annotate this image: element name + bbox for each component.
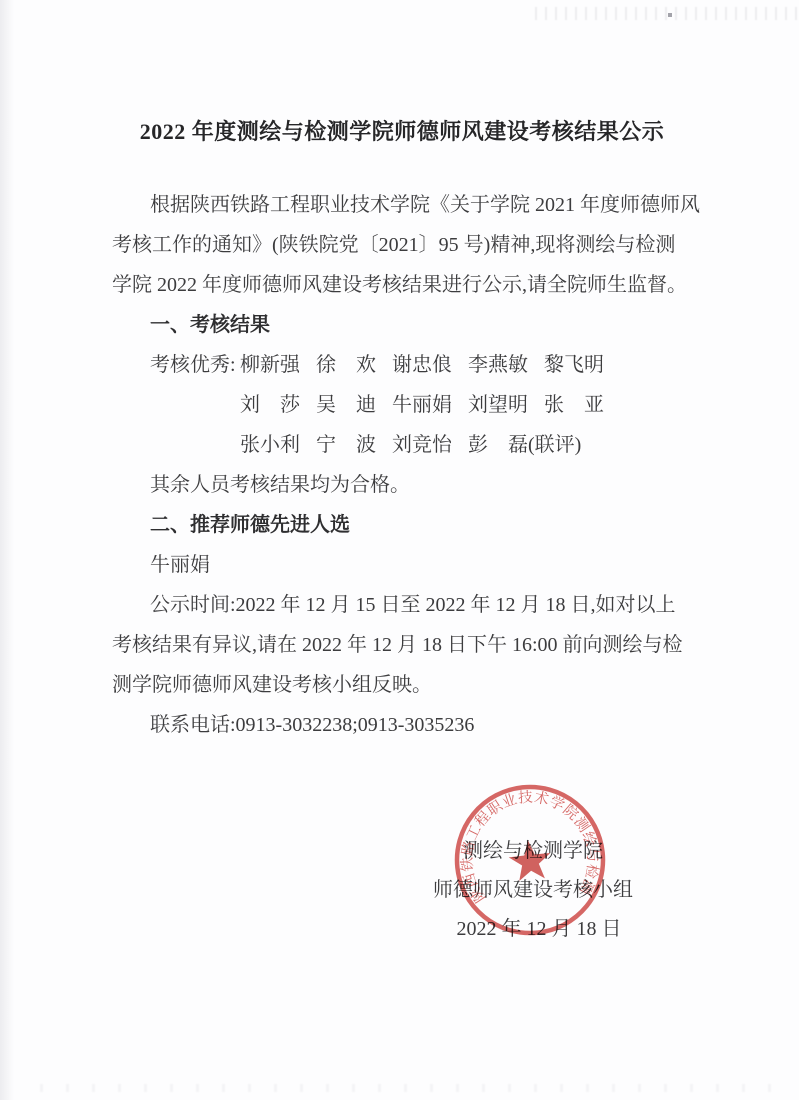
name-item: 刘竞怡 [392,425,452,465]
excellent-label: 考核优秀: [150,345,240,385]
excellent-names-row-3: 张小利 宁 波 刘竞怡 彭 磊(联评) [112,425,692,465]
section1-heading: 一、考核结果 [112,305,692,345]
section2-heading: 二、推荐师德先进人选 [112,505,692,545]
document-body: 2022 年度测绘与检测学院师德师风建设考核结果公示 根据陕西铁路工程职业技术学… [112,110,692,745]
name-item: 彭 磊(联评) [468,425,581,465]
signature-date: 2022 年 12 月 18 日 [378,910,688,949]
name-item: 张小利 [240,425,300,465]
name-item: 张 亚 [544,385,604,425]
scanned-notice-page: 2022 年度测绘与检测学院师德师风建设考核结果公示 根据陕西铁路工程职业技术学… [0,0,799,1100]
scan-noise-bottom [40,1084,780,1092]
contact-phone: 联系电话:0913-3032238;0913-3035236 [112,705,692,745]
name-item: 徐 欢 [316,345,376,385]
intro-line-2: 考核工作的通知》(陕铁院党〔2021〕95 号)精神,现将测绘与检测 [112,225,692,265]
signature-unit-line-1: 测绘与检测学院 [378,832,688,871]
excellent-names-row-1: 考核优秀: 柳新强 徐 欢 谢忠俍 李燕敏 黎飞明 [112,345,692,385]
scan-noise-top [535,7,799,20]
notice-line-2: 考核结果有异议,请在 2022 年 12 月 18 日下午 16:00 前向测绘… [112,625,692,665]
name-item: 谢忠俍 [392,345,452,385]
notice-line-1: 公示时间:2022 年 12 月 15 日至 2022 年 12 月 18 日,… [112,585,692,625]
excellent-names-row-2: 刘 莎 吴 迪 牛丽娟 刘望明 张 亚 [112,385,692,425]
name-item: 刘 莎 [240,385,300,425]
signature-unit-line-2: 师德师风建设考核小组 [378,871,688,910]
name-item: 李燕敏 [468,345,528,385]
section1-note: 其余人员考核结果均为合格。 [112,465,692,505]
name-item: 吴 迪 [316,385,376,425]
name-item: 黎飞明 [544,345,604,385]
scan-edge-shadow [0,0,14,1100]
name-item: 牛丽娟 [392,385,452,425]
section2-nominee: 牛丽娟 [112,545,692,585]
name-item: 刘望明 [468,385,528,425]
name-item: 宁 波 [316,425,376,465]
intro-line-3: 学院 2022 年度师德师风建设考核结果进行公示,请全院师生监督。 [112,265,692,305]
scan-speck [668,13,672,17]
notice-line-3: 测学院师德师风建设考核小组反映。 [112,665,692,705]
intro-line-1: 根据陕西铁路工程职业技术学院《关于学院 2021 年度师德师风 [112,185,692,225]
signature-block: 测绘与检测学院 师德师风建设考核小组 2022 年 12 月 18 日 [378,832,688,949]
name-item: 柳新强 [240,345,300,385]
main-text-block: 根据陕西铁路工程职业技术学院《关于学院 2021 年度师德师风 考核工作的通知》… [112,185,692,745]
page-title: 2022 年度测绘与检测学院师德师风建设考核结果公示 [112,110,692,154]
